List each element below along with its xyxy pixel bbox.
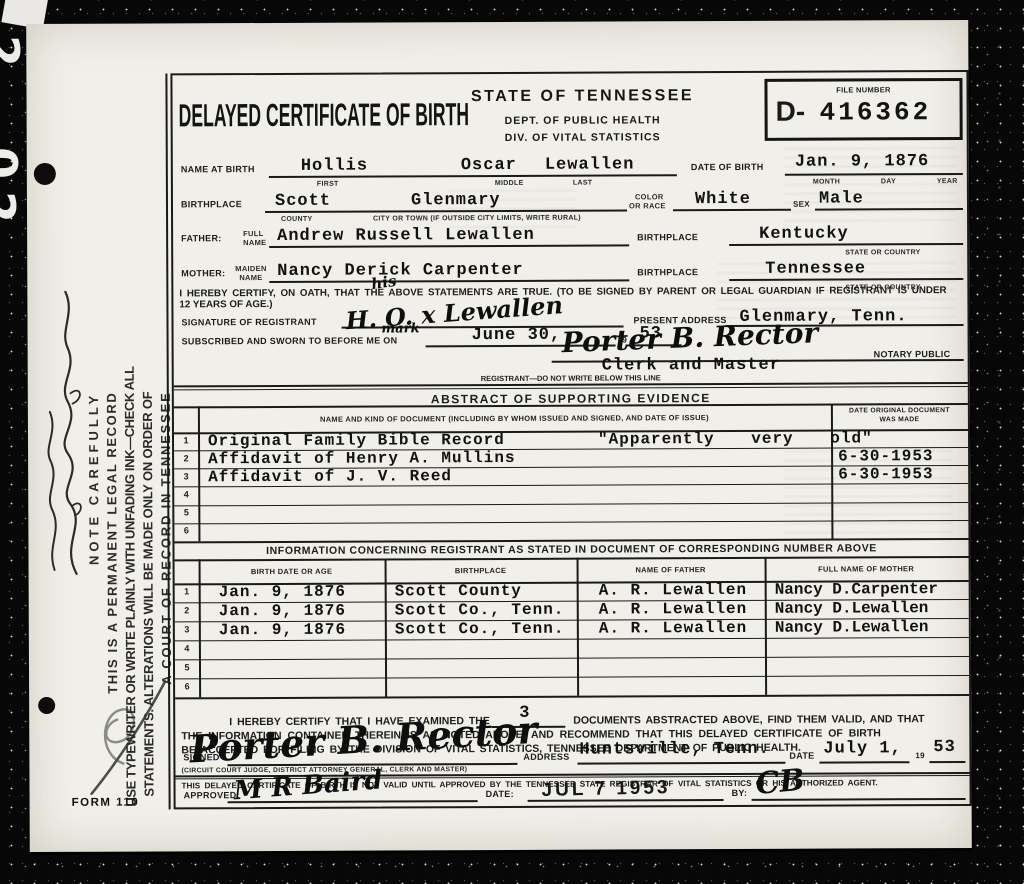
state-name: STATE OF TENNESSEE bbox=[422, 87, 742, 106]
father-birthplace-label: BIRTHPLACE bbox=[637, 232, 698, 242]
abstract-row-number: 3 bbox=[174, 471, 198, 481]
scanned-page: 2 0 2 NOTE CAREFULLY THIS IS A PERMANENT… bbox=[0, 0, 1024, 884]
maiden-name-label: MAIDEN bbox=[235, 264, 266, 273]
file-number-value: 416362 bbox=[820, 97, 932, 127]
rule bbox=[175, 675, 969, 679]
sworn-date-value: June 30, bbox=[472, 326, 562, 345]
sworn-before-me-label: SUBSCRIBED AND SWORN TO BEFORE ME ON bbox=[182, 335, 398, 346]
city-sublabel: CITY OR TOWN (IF OUTSIDE CITY LIMITS, WR… bbox=[373, 215, 581, 223]
margin-handwriting bbox=[41, 274, 90, 584]
month-sublabel: MONTH bbox=[813, 179, 840, 186]
approver-initials: CB bbox=[754, 763, 806, 802]
handwritten-insert: his bbox=[370, 272, 397, 293]
margin-note-line: NOTE CAREFULLY bbox=[85, 392, 105, 807]
date-label: DATE bbox=[789, 751, 814, 761]
birthplace-city-value: Glenmary bbox=[411, 191, 501, 210]
sex-label: SEX bbox=[793, 200, 810, 209]
registrant-birth-date: Jan. 9, 1876 bbox=[219, 602, 346, 621]
rule bbox=[577, 558, 580, 696]
oath-text-line1: I HEREBY CERTIFY, ON OATH, THAT THE ABOV… bbox=[179, 285, 946, 299]
rule bbox=[752, 798, 966, 801]
notary-public-label: NOTARY PUBLIC bbox=[874, 349, 951, 359]
sex-value: Male bbox=[819, 189, 864, 208]
registrant-father: A. R. Lewallen bbox=[599, 619, 747, 638]
first-name-value: Hollis bbox=[301, 157, 368, 176]
certificate-form: DELAYED CERTIFICATE OF BIRTH STATE OF TE… bbox=[170, 70, 971, 809]
year-sublabel: YEAR bbox=[937, 178, 958, 185]
registrant-mother: Nancy D.Carpenter bbox=[775, 580, 938, 599]
margin-note-line: THIS IS A PERMANENT LEGAL RECORD bbox=[103, 392, 123, 807]
abstract-document-value: Original Family Bible Record bbox=[208, 431, 505, 450]
registrant-mother: Nancy D.Lewallen bbox=[775, 618, 929, 637]
rule bbox=[174, 502, 968, 506]
abstract-date-column-header: DATE ORIGINAL DOCUMENT bbox=[831, 407, 968, 415]
registrant-birthplace: Scott County bbox=[395, 582, 522, 601]
date-of-birth-label: DATE OF BIRTH bbox=[691, 162, 764, 172]
registrant-row-number: 6 bbox=[175, 681, 199, 691]
abstract-date-value: "Apparently very old" bbox=[598, 429, 873, 448]
rule bbox=[528, 799, 724, 802]
registrant-row-number: 1 bbox=[175, 586, 199, 596]
file-number-prefix: D- bbox=[776, 96, 806, 128]
full-name-label: FULL bbox=[243, 229, 263, 238]
year-prefix: 19 bbox=[915, 751, 925, 760]
birthplace-column-header: BIRTHPLACE bbox=[385, 566, 577, 576]
registrant-birthplace: Scott Co., Tenn. bbox=[395, 620, 565, 639]
address-label: ADDRESS bbox=[523, 752, 569, 762]
last-name-value: Lewallen bbox=[545, 155, 635, 174]
registrant-row-number: 4 bbox=[175, 643, 199, 653]
rule bbox=[385, 558, 388, 696]
punch-hole bbox=[34, 163, 56, 185]
state-header: STATE OF TENNESSEE DEPT. OF PUBLIC HEALT… bbox=[422, 87, 742, 144]
date-value: July 1, bbox=[823, 739, 902, 758]
year-value: 53 bbox=[933, 738, 955, 757]
abstract-row-number: 2 bbox=[174, 453, 198, 463]
signature-of-registrant-label: SIGNATURE OF REGISTRANT bbox=[181, 317, 316, 328]
registrant-row-number: 3 bbox=[175, 624, 199, 634]
father-label: FATHER: bbox=[181, 233, 221, 243]
edge-frame-mark: 2 bbox=[0, 191, 21, 223]
last-sublabel: LAST bbox=[573, 180, 593, 187]
rule bbox=[673, 209, 791, 212]
registrant-mother: Nancy D.Lewallen bbox=[775, 599, 929, 618]
edge-frame-mark: 0 bbox=[0, 147, 23, 179]
examiner-text-line1b: DOCUMENTS ABSTRACTED ABOVE, FIND THEM VA… bbox=[573, 713, 924, 727]
department-name: DEPT. OF PUBLIC HEALTH bbox=[423, 114, 743, 127]
registrant-birth-date: Jan. 9, 1876 bbox=[219, 583, 346, 602]
registrant-birth-date: Jan. 9, 1876 bbox=[219, 621, 346, 640]
approval-date-label: DATE: bbox=[486, 789, 514, 799]
file-number-label: FILE NUMBER bbox=[767, 85, 959, 95]
oath-text-line2: 12 YEARS OF AGE.) bbox=[179, 299, 272, 310]
rule bbox=[175, 656, 969, 660]
registrant-birthplace: Scott Co., Tenn. bbox=[395, 601, 565, 620]
edge-frame-mark: 2 bbox=[0, 35, 25, 67]
registrant-info-section-title: INFORMATION CONCERNING REGISTRANT AS STA… bbox=[174, 542, 968, 557]
state-or-country-sublabel: STATE OR COUNTRY bbox=[845, 249, 920, 256]
rule bbox=[198, 406, 201, 541]
race-value: White bbox=[695, 190, 751, 209]
certificate-paper: NOTE CAREFULLY THIS IS A PERMANENT LEGAL… bbox=[26, 20, 972, 852]
father-birthplace-value: Kentucky bbox=[759, 224, 849, 243]
approval-date-stamp: JUL 7 1953 bbox=[541, 777, 670, 802]
date-of-birth-value: Jan. 9, 1876 bbox=[795, 152, 930, 172]
abstract-document-column-header: NAME AND KIND OF DOCUMENT (INCLUDING BY … bbox=[198, 413, 831, 425]
birth-date-column-header: BIRTH DATE OR AGE bbox=[199, 567, 385, 577]
address-value: Huntsville, Tenn. bbox=[579, 740, 770, 760]
rule bbox=[174, 520, 968, 524]
rule bbox=[228, 800, 478, 803]
abstract-document-value: Affidavit of J. V. Reed bbox=[208, 467, 452, 486]
rule bbox=[819, 761, 909, 763]
color-or-race-label: OR RACE bbox=[629, 201, 666, 210]
registrant-father: A. R. Lewallen bbox=[599, 581, 747, 600]
rule bbox=[929, 761, 965, 763]
rule bbox=[831, 404, 834, 539]
form-number: FORM 110 bbox=[72, 797, 140, 809]
abstract-row-number: 6 bbox=[174, 525, 198, 535]
registrant-row-number: 5 bbox=[175, 662, 199, 672]
abstract-date-value: 6-30-1953 bbox=[838, 465, 933, 483]
rule bbox=[175, 694, 969, 699]
birthplace-label: BIRTHPLACE bbox=[181, 199, 242, 209]
birthplace-county-value: Scott bbox=[275, 192, 331, 211]
father-column-header: NAME OF FATHER bbox=[577, 565, 765, 575]
approval-by-label: BY: bbox=[732, 788, 748, 798]
margin-note-line: USE TYPEWRITER OR WRITE PLAINLY WITH UNF… bbox=[121, 392, 141, 807]
middle-name-value: Oscar bbox=[461, 156, 517, 175]
abstract-date-column-header: WAS MADE bbox=[831, 416, 968, 424]
margin-instructions: NOTE CAREFULLY THIS IS A PERMANENT LEGAL… bbox=[85, 391, 177, 806]
registrant-father: A. R. Lewallen bbox=[599, 600, 747, 619]
rule bbox=[577, 762, 785, 765]
abstract-document-value: Affidavit of Henry A. Mullins bbox=[208, 449, 516, 468]
full-name-label: NAME bbox=[243, 238, 266, 247]
color-or-race-label: COLOR bbox=[635, 192, 664, 201]
father-name-value: Andrew Russell Lewallen bbox=[277, 226, 535, 246]
mother-column-header: FULL NAME OF MOTHER bbox=[765, 564, 968, 574]
mother-birthplace-label: BIRTHPLACE bbox=[637, 267, 698, 277]
middle-sublabel: MIDDLE bbox=[495, 180, 524, 187]
approved-label: APPROVED: bbox=[184, 790, 240, 800]
rule bbox=[785, 173, 963, 176]
margin-note-line: STATEMENTS. ALTERATIONS WILL BE MADE ONL… bbox=[139, 391, 159, 806]
abstract-row-number: 1 bbox=[174, 435, 198, 445]
rule bbox=[199, 559, 202, 697]
mother-label: MOTHER: bbox=[181, 268, 225, 278]
day-sublabel: DAY bbox=[881, 178, 896, 185]
mark-annotation: mark bbox=[381, 321, 419, 336]
maiden-name-label: NAME bbox=[239, 273, 262, 282]
punch-hole bbox=[38, 697, 55, 714]
abstract-date-value: 6-30-1953 bbox=[838, 447, 933, 465]
abstract-row-number: 4 bbox=[174, 489, 198, 499]
division-name: DIV. OF VITAL STATISTICS bbox=[423, 131, 743, 144]
registrant-row-number: 2 bbox=[175, 605, 199, 615]
abstract-row-number: 5 bbox=[174, 507, 198, 517]
county-sublabel: COUNTY bbox=[281, 216, 312, 223]
mother-birthplace-value: Tennessee bbox=[765, 259, 866, 278]
first-sublabel: FIRST bbox=[317, 181, 339, 188]
notary-signature: Porter B. Rector bbox=[561, 316, 819, 359]
file-number-box: FILE NUMBER D- 416362 bbox=[764, 78, 962, 141]
name-at-birth-label: NAME AT BIRTH bbox=[181, 164, 255, 174]
mother-name-value: Nancy Derick Carpenter bbox=[277, 261, 524, 281]
rule bbox=[765, 557, 768, 695]
